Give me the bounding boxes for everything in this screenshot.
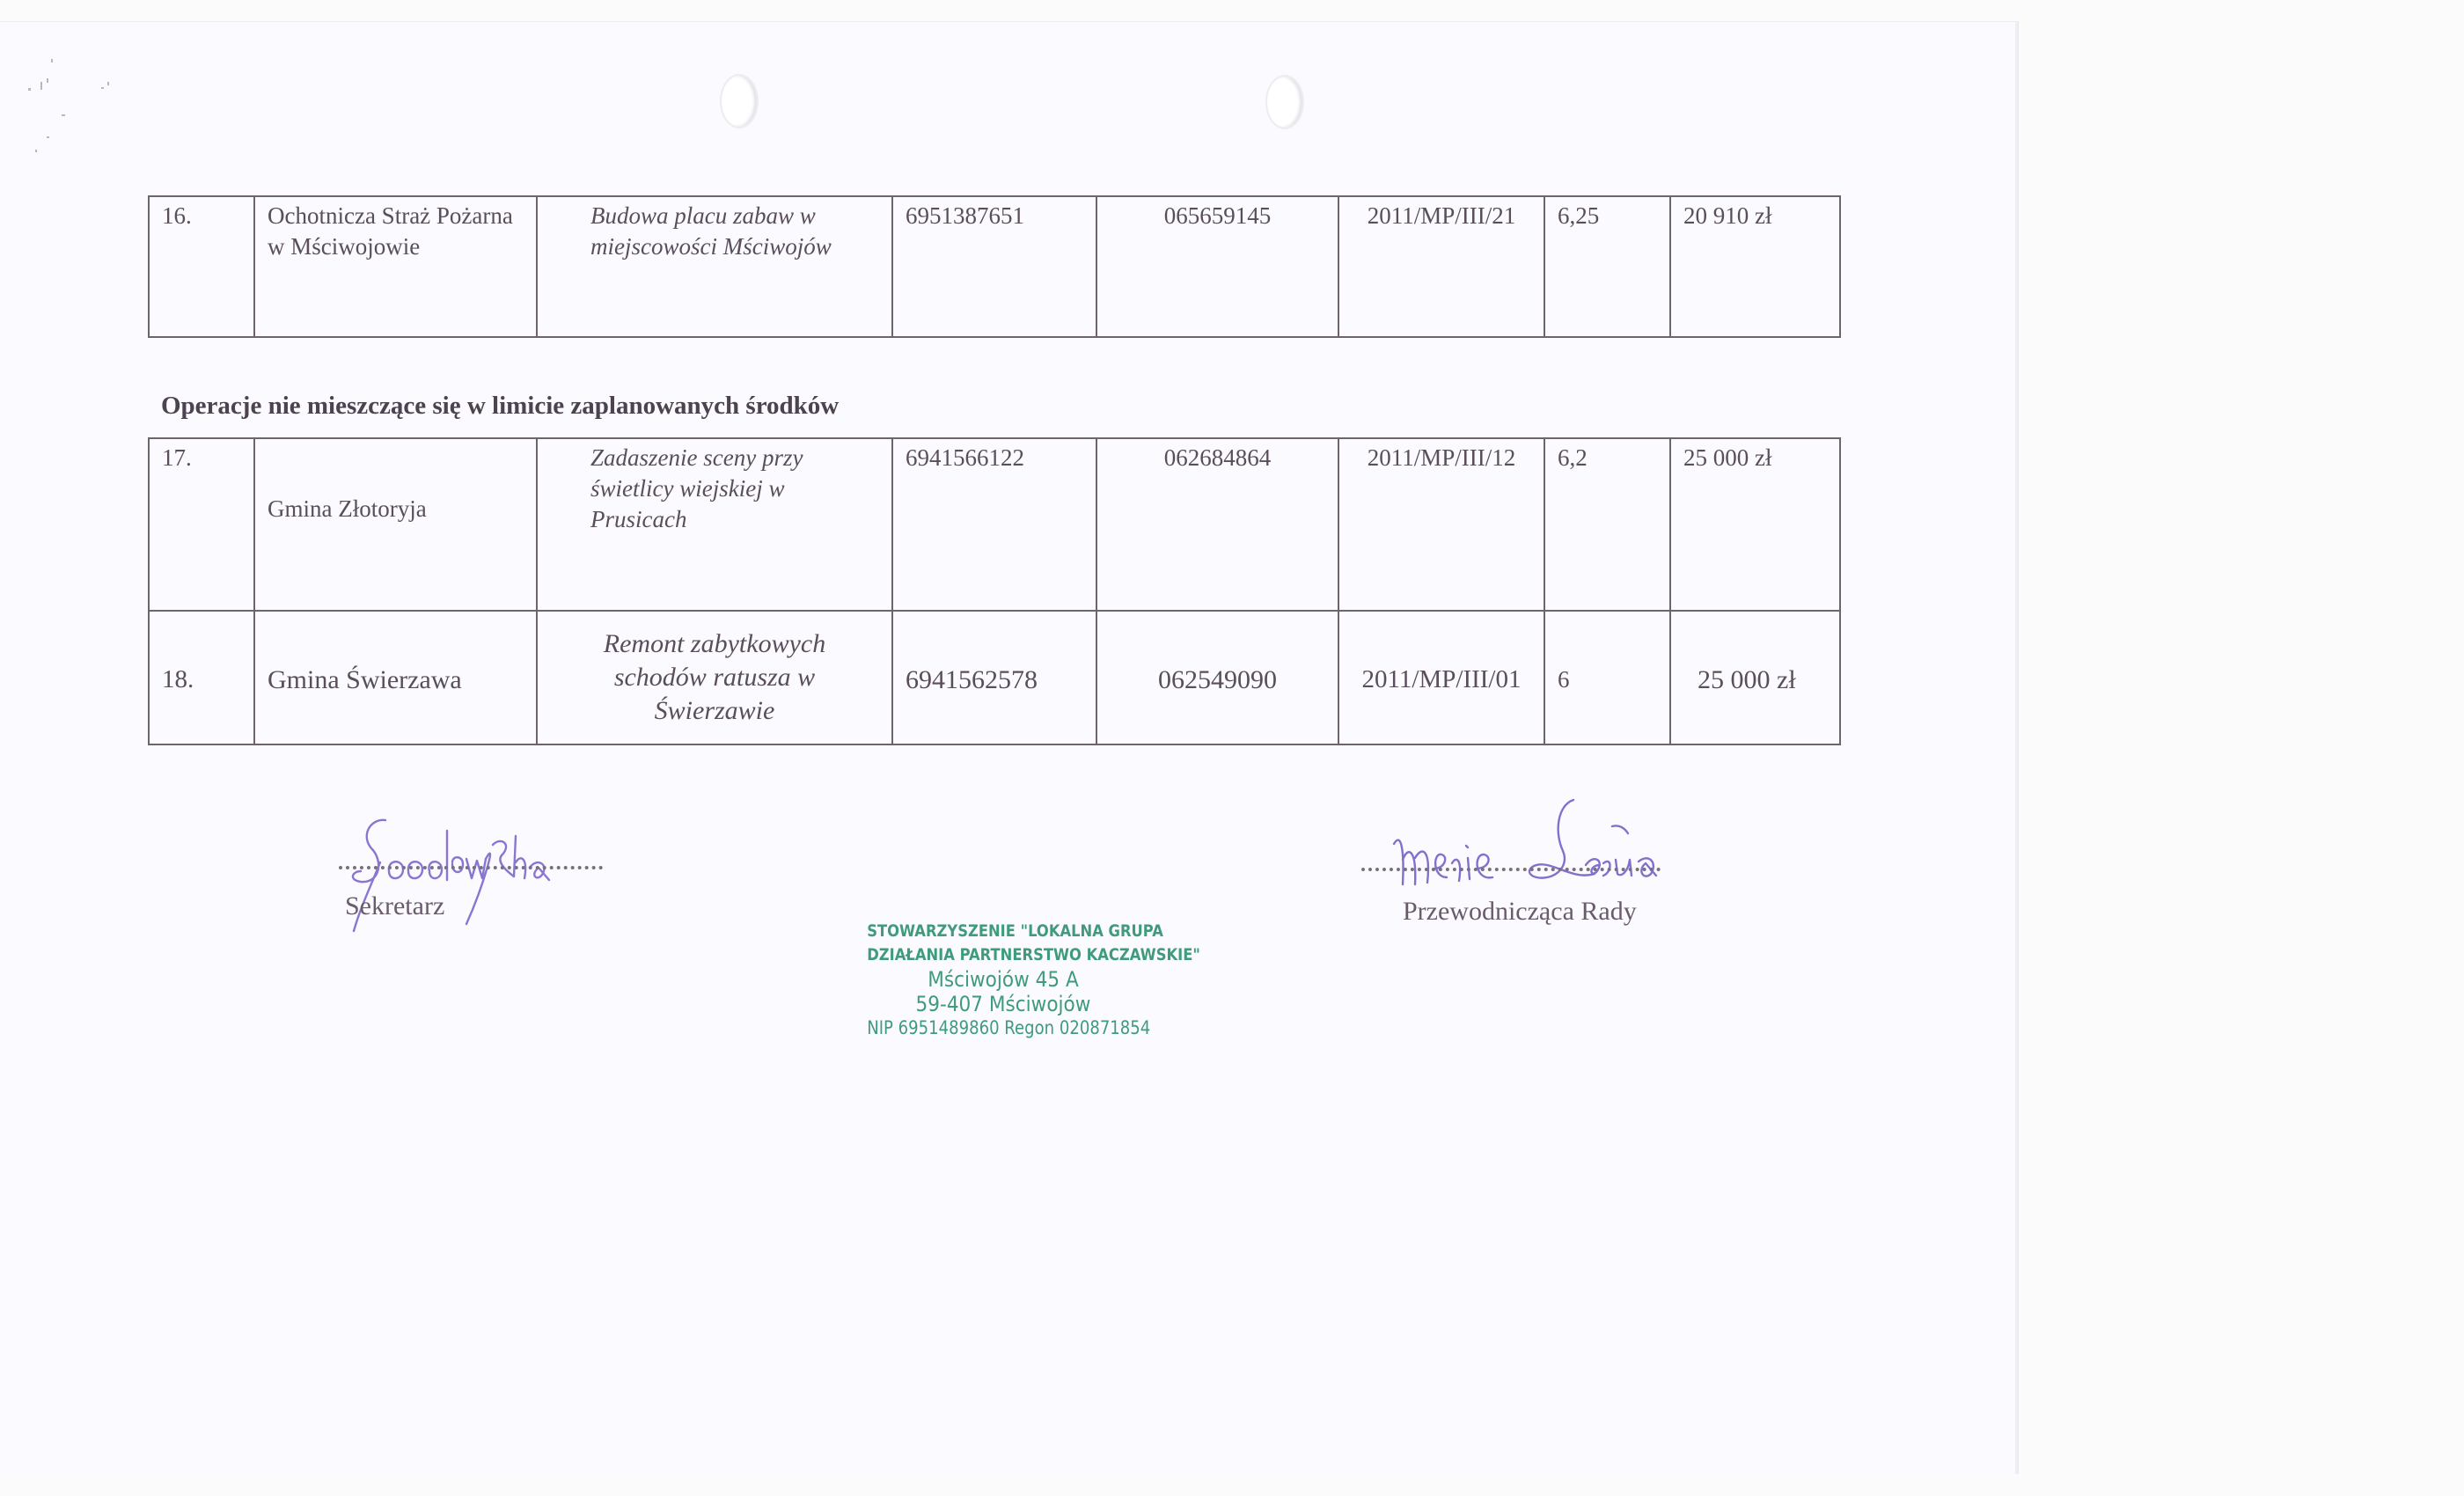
hole-punch-right (1265, 75, 1304, 129)
cell-operation-title: Zadaszenie sceny przy świetlicy wiejskie… (537, 438, 892, 611)
stamp-line-1: STOWARZYSZENIE "LOKALNA GRUPA (867, 920, 1140, 943)
cell-nip: 6941562578 (892, 611, 1096, 744)
signature-line-secretary (339, 866, 603, 869)
cell-score: 6,2 (1544, 438, 1670, 611)
cell-nip: 6941566122 (892, 438, 1096, 611)
signature-chairwoman (1382, 796, 1663, 902)
table-row: 16. Ochotnicza Straż Pożarna w Mściwojow… (149, 196, 1840, 337)
cell-no: 17. (149, 438, 254, 611)
cell-application-no: 2011/MP/III/21 (1338, 196, 1544, 337)
cell-amount: 25 000 zł (1670, 438, 1840, 611)
cell-operation-title: Budowa placu zabaw w miejscowości Mściwo… (537, 196, 892, 337)
cell-applicant: Ochotnicza Straż Pożarna w Mściwojowie (254, 196, 537, 337)
cell-regon: 065659145 (1096, 196, 1338, 337)
cell-applicant: Gmina Świerzawa (254, 611, 537, 744)
cell-no: 16. (149, 196, 254, 337)
signature-role-chairwoman: Przewodnicząca Rady (1403, 897, 1637, 927)
cell-score: 6,25 (1544, 196, 1670, 337)
table-row: 17. Gmina Złotoryja Zadaszenie sceny prz… (149, 438, 1840, 611)
operations-outside-limit-table: 17. Gmina Złotoryja Zadaszenie sceny prz… (148, 437, 1841, 745)
hole-punch-left (720, 74, 759, 128)
association-stamp: STOWARZYSZENIE "LOKALNA GRUPA DZIAŁANIA … (845, 920, 1162, 1039)
cell-operation-title: Remont zabytkowych schodów ratusza w Świ… (537, 611, 892, 744)
cell-application-no: 2011/MP/III/01 (1338, 611, 1544, 744)
cell-amount: 20 910 zł (1670, 196, 1840, 337)
cell-applicant: Gmina Złotoryja (254, 438, 537, 611)
cell-regon: 062549090 (1096, 611, 1338, 744)
cell-no: 18. (149, 611, 254, 744)
cell-regon: 062684864 (1096, 438, 1338, 611)
cell-amount: 25 000 zł (1670, 611, 1840, 744)
operations-table-continued: 16. Ochotnicza Straż Pożarna w Mściwojow… (148, 195, 1841, 338)
stamp-line-3: Mściwojów 45 A (861, 967, 1146, 992)
signature-line-chairwoman (1361, 868, 1661, 871)
scanned-page: 16. Ochotnicza Straż Pożarna w Mściwojow… (0, 21, 2018, 1474)
stamp-line-4: 59-407 Mściwojów (861, 992, 1146, 1016)
cell-nip: 6951387651 (892, 196, 1096, 337)
table-row: 18. Gmina Świerzawa Remont zabytkowych s… (149, 611, 1840, 744)
stamp-line-5: NIP 6951489860 Regon 020871854 (867, 1016, 1140, 1039)
signature-role-secretary: Sekretarz (345, 891, 444, 921)
cell-score: 6 (1544, 611, 1670, 744)
stamp-line-2: DZIAŁANIA PARTNERSTWO KACZAWSKIE" (867, 943, 1140, 967)
cell-application-no: 2011/MP/III/12 (1338, 438, 1544, 611)
section-heading: Operacje nie mieszczące się w limicie za… (161, 392, 839, 421)
scan-noise-marks (18, 48, 132, 163)
